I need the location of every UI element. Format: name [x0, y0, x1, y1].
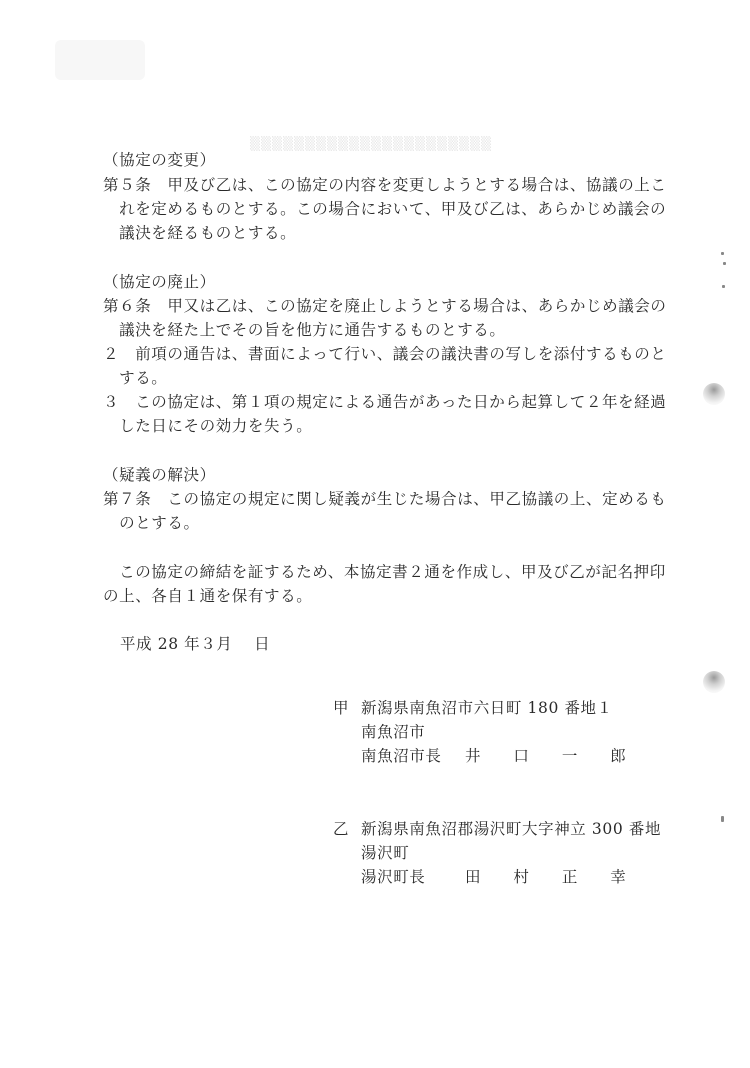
article-6-line: 第６条 甲又は乙は、この協定を廃止しようとする場合は、あらかじめ議会の: [103, 296, 667, 316]
party-a-address: 新潟県南魚沼市六日町 180 番地１: [361, 698, 613, 718]
article-5-heading: （協定の変更）: [103, 150, 216, 170]
document-page: ▒▒▒▒▒▒▒▒▒▒▒▒▒▒▒▒▒▒▒▒▒▒ （協定の変更） 第５条 甲及び乙は…: [0, 0, 750, 1068]
article-5-line: れを定めるものとする。この場合において、甲及び乙は、あらかじめ議会の: [103, 199, 666, 219]
article-6-line: 議決を経た上でその旨を他方に通告するものとする。: [103, 320, 506, 340]
closing-line: の上、各自１通を保有する。: [103, 586, 312, 606]
article-7-line: のとする。: [103, 513, 200, 533]
party-b-name: 田 村 正 幸: [465, 867, 640, 887]
scan-speck: [722, 285, 725, 288]
article-6-line: ３ この協定は、第１項の規定による通告があった日から起算して２年を経過: [103, 392, 666, 412]
article-6-heading: （協定の廃止）: [103, 272, 216, 292]
party-a-title: 南魚沼市長: [361, 746, 442, 766]
party-a-mark: 甲: [333, 698, 349, 718]
scan-speck: [723, 262, 726, 265]
party-b-mark: 乙: [333, 819, 349, 839]
scan-smudge: [55, 40, 145, 80]
scan-speck: [721, 816, 724, 822]
bleed-through-text: ▒▒▒▒▒▒▒▒▒▒▒▒▒▒▒▒▒▒▒▒▒▒: [250, 137, 492, 152]
article-7-heading: （疑義の解決）: [103, 465, 216, 485]
agreement-date: 平成 28 年３月 日: [120, 634, 270, 654]
article-6-line: ２ 前項の通告は、書面によって行い、議会の議決書の写しを添付するものと: [103, 344, 667, 364]
article-6-line: する。: [103, 368, 167, 388]
scan-speck: [721, 252, 724, 255]
article-7-line: 第７条 この協定の規定に関し疑義が生じた場合は、甲乙協議の上、定めるも: [103, 489, 667, 509]
party-b-title: 湯沢町長: [361, 867, 425, 887]
party-b-entity: 湯沢町: [361, 843, 409, 863]
party-a-entity: 南魚沼市: [361, 722, 425, 742]
closing-line: この協定の締結を証するため、本協定書２通を作成し、甲及び乙が記名押印: [103, 562, 666, 582]
article-5-line: 第５条 甲及び乙は、この協定の内容を変更しようとする場合は、協議の上こ: [103, 175, 667, 195]
punch-hole-upper: [703, 383, 725, 405]
party-b-address: 新潟県南魚沼郡湯沢町大字神立 300 番地: [361, 819, 661, 839]
article-5-line: 議決を経るものとする。: [103, 223, 296, 243]
punch-hole-lower: [703, 671, 725, 693]
article-6-line: した日にその効力を失う。: [103, 416, 312, 436]
party-a-name: 井 口 一 郎: [465, 746, 640, 766]
